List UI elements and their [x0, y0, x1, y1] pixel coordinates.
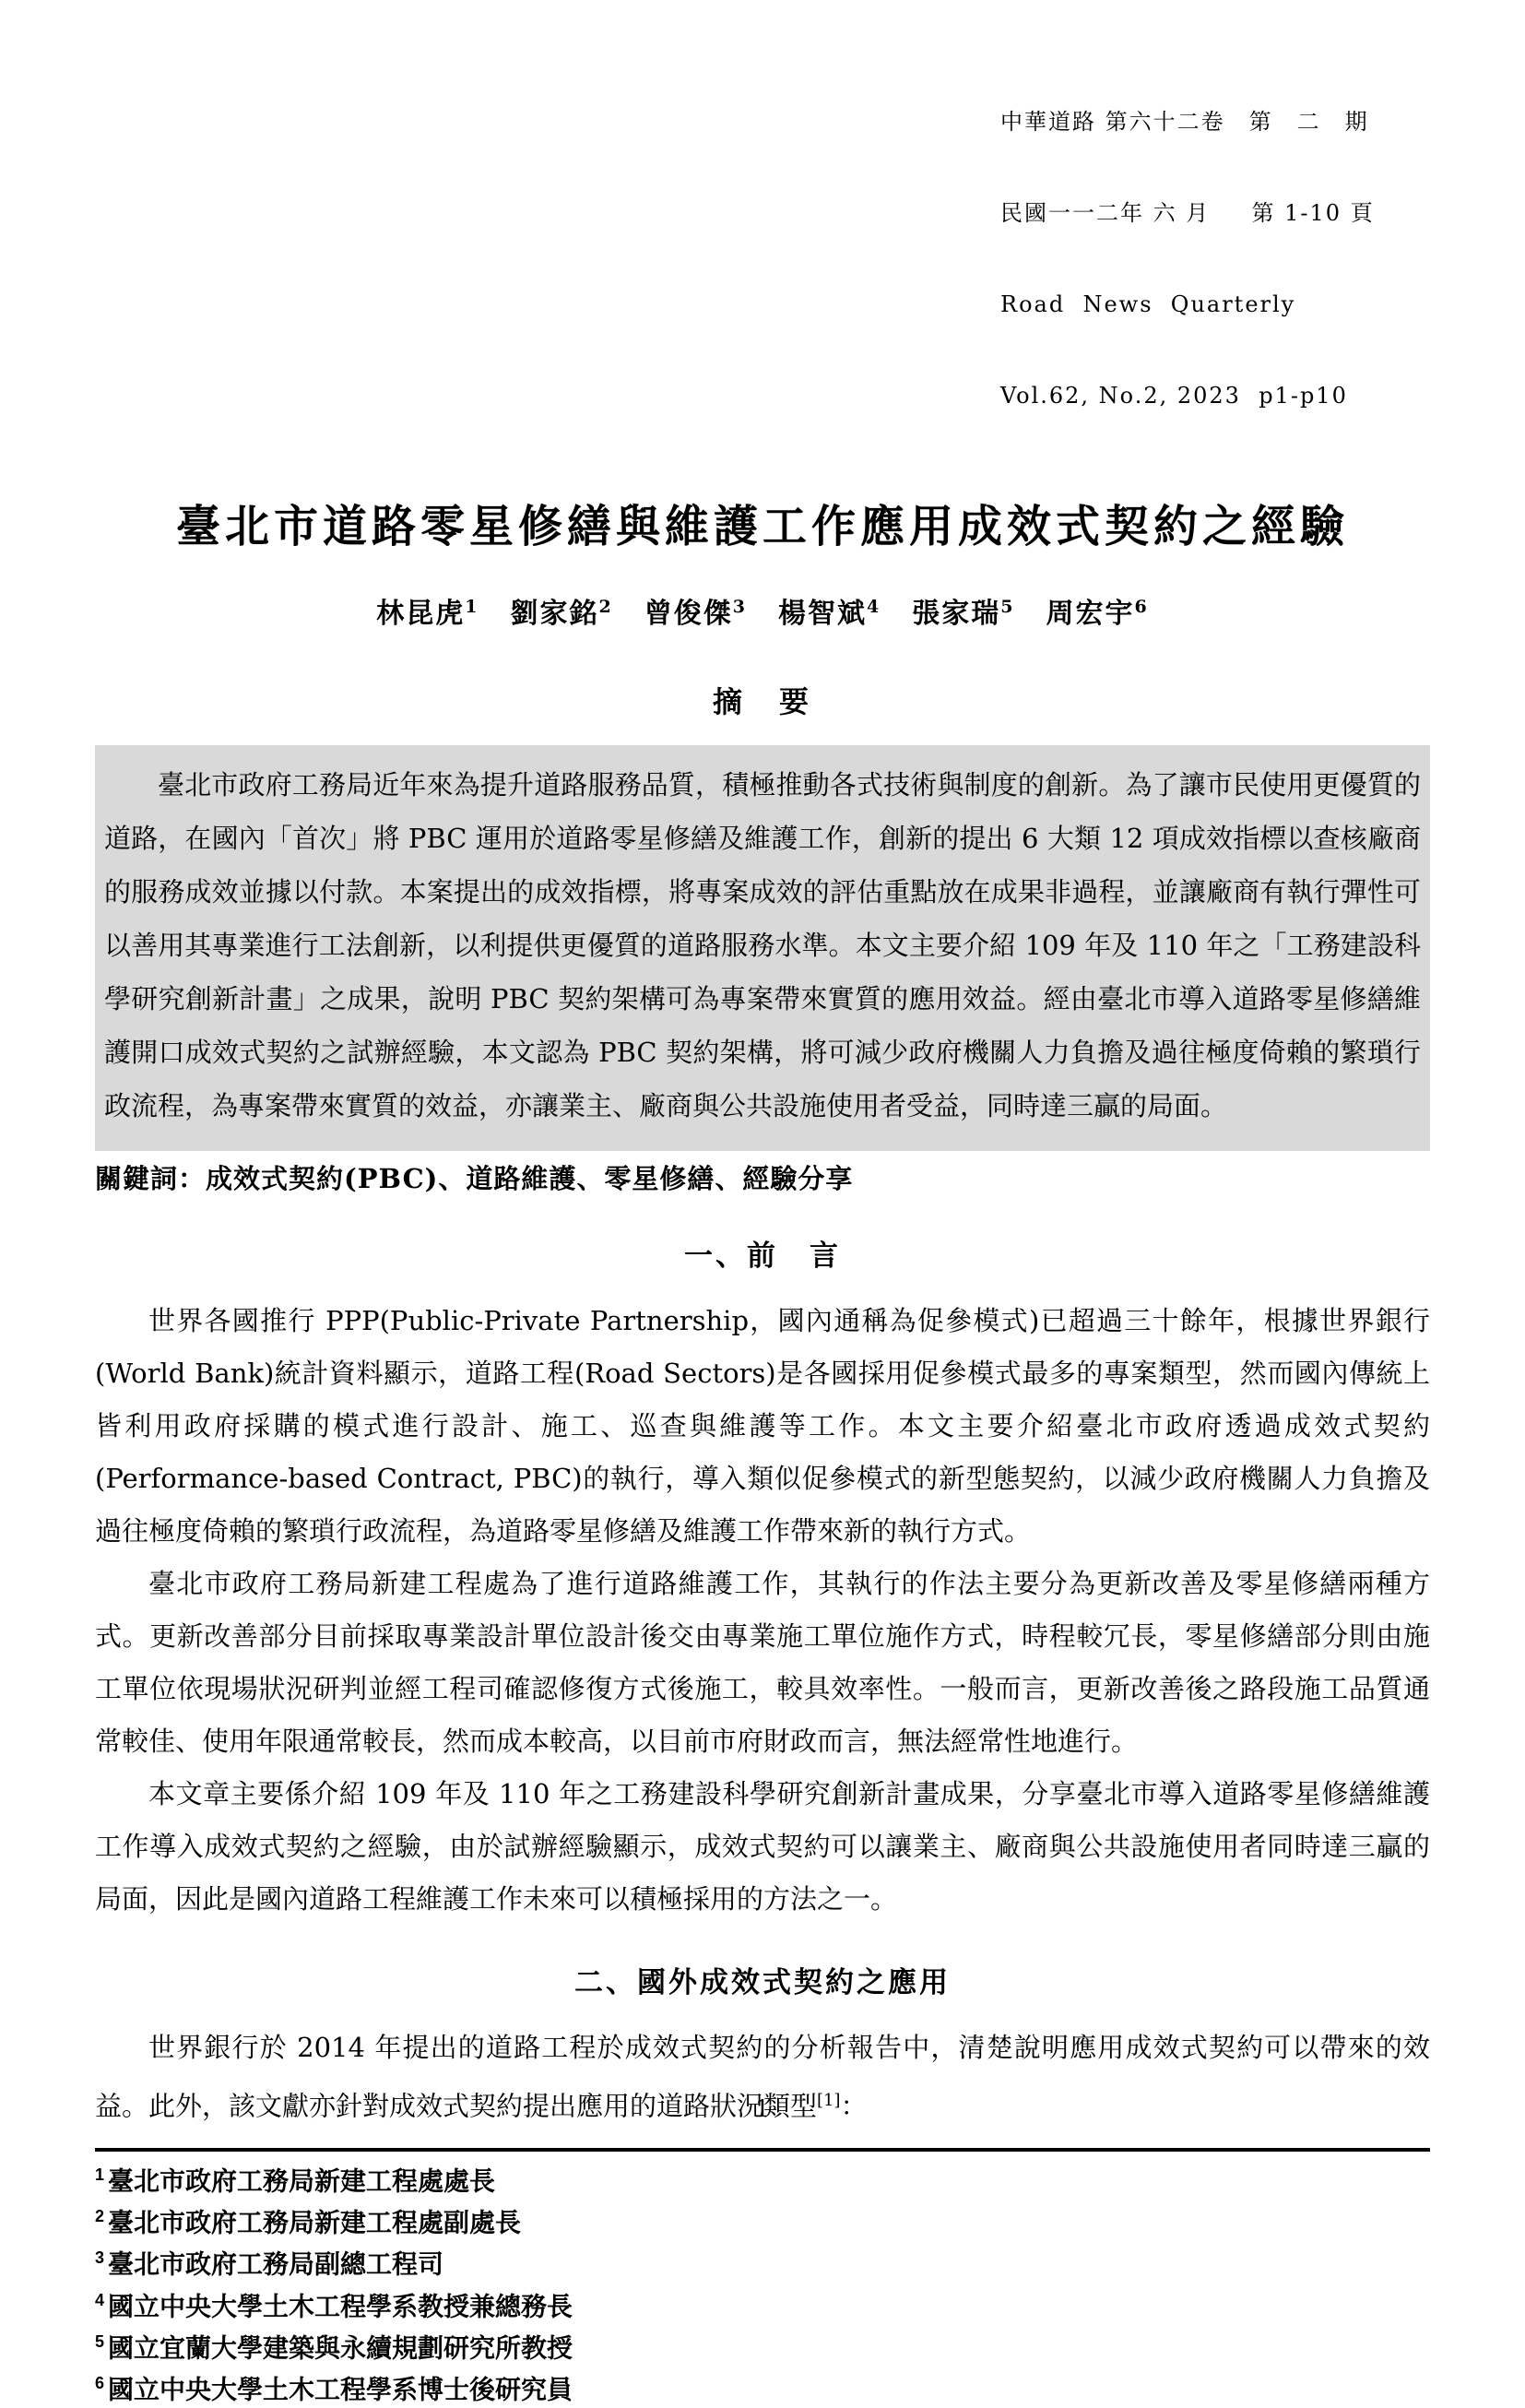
section-2-heading: 二、國外成效式契約之應用 [95, 1964, 1430, 2001]
author: 楊智斌4 [778, 598, 881, 630]
keywords-line: 關鍵詞：成效式契約(PBC)、道路維護、零星修繕、經驗分享 [95, 1158, 1430, 1199]
footnote-list: 1臺北市政府工務局新建工程處處長 2臺北市政府工務局新建工程處副處長 3臺北市政… [95, 2157, 1430, 2408]
footnote-text: 國立中央大學土木工程學系教授兼總務長 [108, 2292, 573, 2320]
author-name: 周宏宇 [1046, 598, 1134, 630]
footnote-divider-rule [95, 2148, 1430, 2152]
footnote-text: 國立宜蘭大學建築與永續規劃研究所教授 [108, 2333, 573, 2362]
footnote-number: 1 [95, 2165, 104, 2184]
abstract-box: 臺北市政府工務局近年來為提升道路服務品質，積極推動各式技術與制度的創新。為了讓市… [95, 745, 1430, 1151]
author: 曾俊傑3 [644, 598, 747, 630]
author-affiliation-superscript: 5 [1000, 597, 1014, 617]
author: 林昆虎1 [376, 598, 479, 630]
footnote-text: 臺北市政府工務局新建工程處處長 [108, 2166, 495, 2195]
abstract-heading: 摘 要 [95, 679, 1430, 721]
author-affiliation-superscript: 3 [733, 597, 747, 617]
journal-header-vol-en: Vol.62, No.2, 2023 p1-p10 [1000, 381, 1430, 411]
author-name: 劉家銘 [511, 598, 599, 630]
journal-header-name-en: Road News Quarterly [1000, 290, 1430, 320]
footnote-number: 3 [95, 2248, 104, 2267]
author-list: 林昆虎1劉家銘2曾俊傑3楊智斌4張家瑞5周宏宇6 [95, 590, 1430, 631]
footnote-number: 2 [95, 2207, 104, 2225]
author-name: 張家瑞 [912, 598, 1000, 630]
author-affiliation-superscript: 2 [599, 597, 613, 617]
section-1-paragraph: 世界各國推行 PPP(Public-Private Partnership，國內… [95, 1295, 1430, 1558]
paper-title: 臺北市道路零星修繕與維護工作應用成效式契約之經驗 [95, 498, 1430, 555]
author: 張家瑞5 [912, 598, 1014, 630]
author-name: 曾俊傑 [644, 598, 733, 630]
footnote-number: 5 [95, 2332, 104, 2351]
footnote-text: 國立中央大學土木工程學系博士後研究員 [108, 2376, 573, 2404]
author-name: 林昆虎 [376, 598, 465, 630]
footnote-item: 4國立中央大學土木工程學系教授兼總務長 [95, 2283, 1430, 2324]
section-1-paragraph: 本文章主要係介紹 109 年及 110 年之工務建設科學研究創新計畫成果，分享臺… [95, 1768, 1430, 1926]
footnote-text: 臺北市政府工務局副總工程司 [108, 2250, 443, 2279]
section-1-body: 世界各國推行 PPP(Public-Private Partnership，國內… [95, 1295, 1430, 1926]
journal-header-date-line: 民國一一二年 六 月 第 1-10 頁 [1000, 198, 1430, 229]
author: 周宏宇6 [1046, 598, 1148, 630]
section-1-paragraph: 臺北市政府工務局新建工程處為了進行道路維護工作，其執行的作法主要分為更新改善及零… [95, 1558, 1430, 1768]
footnote-item: 1臺北市政府工務局新建工程處處長 [95, 2157, 1430, 2199]
footnote-item: 2臺北市政府工務局新建工程處副處長 [95, 2199, 1430, 2240]
footnote-number: 6 [95, 2374, 104, 2392]
journal-header: 中華道路 第六十二卷 第 二 期 民國一一二年 六 月 第 1-10 頁 Roa… [1000, 46, 1430, 472]
paper-page: 中華道路 第六十二卷 第 二 期 民國一一二年 六 月 第 1-10 頁 Roa… [0, 0, 1525, 2157]
footnote-text: 臺北市政府工務局新建工程處副處長 [108, 2208, 521, 2236]
author-name: 楊智斌 [778, 598, 867, 630]
page-number: 1 [0, 2095, 1525, 2122]
footnote-number: 4 [95, 2291, 104, 2309]
footnote-item: 6國立中央大學土木工程學系博士後研究員 [95, 2366, 1430, 2407]
author: 劉家銘2 [511, 598, 613, 630]
author-affiliation-superscript: 6 [1134, 597, 1148, 617]
author-affiliation-superscript: 4 [867, 597, 881, 617]
section-1-heading: 一、前 言 [95, 1238, 1430, 1275]
abstract-text: 臺北市政府工務局近年來為提升道路服務品質，積極推動各式技術與制度的創新。為了讓市… [104, 758, 1421, 1133]
footnote-item: 5國立宜蘭大學建築與永續規劃研究所教授 [95, 2324, 1430, 2366]
journal-header-volume-line: 中華道路 第六十二卷 第 二 期 [1000, 107, 1430, 137]
author-affiliation-superscript: 1 [465, 597, 479, 617]
footnote-item: 3臺北市政府工務局副總工程司 [95, 2240, 1430, 2282]
